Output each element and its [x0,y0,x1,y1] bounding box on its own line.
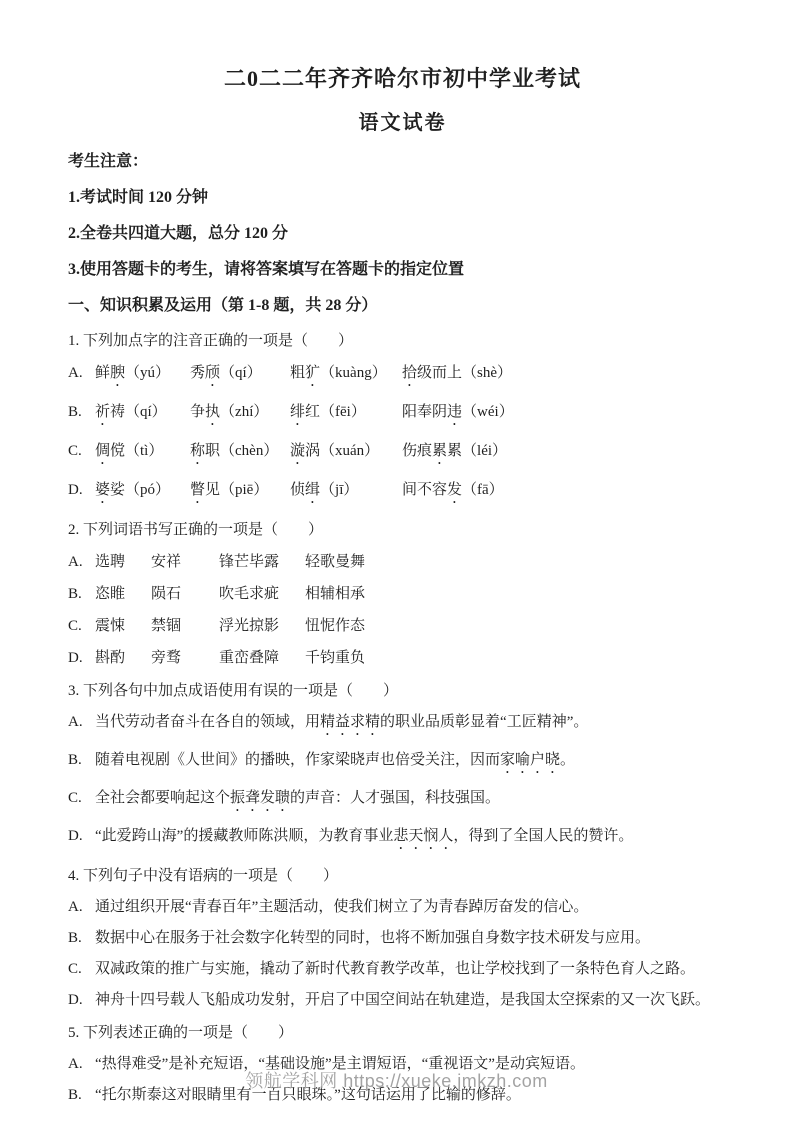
option-cell: 旁骛 [151,649,219,668]
option-label: A. [68,898,95,917]
question-1-option-a: A. 鲜腴（yú） 秀颀（qí） 粗犷（kuàng） 拾级而上（shè） [68,364,737,390]
option-cell: 倜傥（tì） [95,442,190,468]
question-2-option-c: C. 震悚 禁锢 浮光掠影 忸怩作态 [68,617,737,636]
option-cell: 浮光掠影 [219,617,305,636]
option-cell: 间不容发（fā） [402,481,737,507]
option-text: 当代劳动者奋斗在各自的领域，用精益求精的职业品质彰显着“工匠精神”。 [95,713,737,739]
option-cell: 漩涡（xuán） [290,442,402,468]
option-text: 通过组织开展“青春百年”主题活动，使我们树立了为青春踔厉奋发的信心。 [95,898,737,917]
option-label: B. [68,585,95,604]
question-2-option-d: D. 斟酌 旁骛 重峦叠障 千钧重负 [68,649,737,668]
option-cell: 瞥见（piē） [190,481,290,507]
question-3-option-d: D. “此爱跨山海”的援藏教师陈洪顺，为教育事业悲天悯人，得到了全国人民的赞许。 [68,827,737,853]
option-label: C. [68,960,95,979]
notice-line-3: 3.使用答题卡的考生，请将答案填写在答题卡的指定位置 [68,260,737,280]
option-cell: 斟酌 [95,649,151,668]
section-heading: 一、知识积累及运用（第 1-8 题，共 28 分） [68,296,737,316]
option-label: D. [68,649,95,668]
question-2: 2. 下列词语书写正确的一项是（ ） A. 选聘 安祥 锋芒毕露 轻歌曼舞 B.… [68,521,737,668]
option-cell: 粗犷（kuàng） [290,364,402,390]
option-label: D. [68,827,95,846]
question-3-option-a: A. 当代劳动者奋斗在各自的领域，用精益求精的职业品质彰显着“工匠精神”。 [68,713,737,739]
option-cell: 重峦叠障 [219,649,305,668]
question-4: 4. 下列句子中没有语病的一项是（ ） A. 通过组织开展“青春百年”主题活动，… [68,867,737,1010]
question-3: 3. 下列各句中加点成语使用有误的一项是（ ） A. 当代劳动者奋斗在各自的领域… [68,682,737,853]
option-cell: 绯红（fēi） [290,403,402,429]
option-text: 数据中心在服务于社会数字化转型的同时，也将不断加强自身数字技术研发与应用。 [95,929,737,948]
question-4-option-b: B. 数据中心在服务于社会数字化转型的同时，也将不断加强自身数字技术研发与应用。 [68,929,737,948]
option-label: C. [68,442,95,461]
page-title: 二0二二年齐齐哈尔市初中学业考试 [68,0,737,94]
option-text: 全社会都要响起这个振聋发聩的声音：人才强国，科技强国。 [95,789,737,815]
option-label: B. [68,403,95,422]
option-cell: 安祥 [151,553,219,572]
question-5: 5. 下列表述正确的一项是（ ） A. “热得难受”是补充短语，“基础设施”是主… [68,1024,737,1105]
option-text: “此爱跨山海”的援藏教师陈洪顺，为教育事业悲天悯人，得到了全国人民的赞许。 [95,827,737,853]
option-label: D. [68,991,95,1010]
page-content: 二0二二年齐齐哈尔市初中学业考试 语文试卷 考生注意： 1.考试时间 120 分… [0,0,793,1105]
option-label: C. [68,617,95,636]
option-cell: 鲜腴（yú） [95,364,190,390]
option-label: A. [68,364,95,383]
option-cell: 选聘 [95,553,151,572]
question-4-option-a: A. 通过组织开展“青春百年”主题活动，使我们树立了为青春踔厉奋发的信心。 [68,898,737,917]
question-1: 1. 下列加点字的注音正确的一项是（ ） A. 鲜腴（yú） 秀颀（qí） 粗犷… [68,332,737,507]
option-cell: 拾级而上（shè） [402,364,737,390]
question-4-option-c: C. 双减政策的推广与实施，撬动了新时代教育教学改革，也让学校找到了一条特色育人… [68,960,737,979]
option-text: 双减政策的推广与实施，撬动了新时代教育教学改革，也让学校找到了一条特色育人之路。 [95,960,737,979]
option-cell: 轻歌曼舞 [305,553,737,572]
notice-line-2: 2.全卷共四道大题，总分 120 分 [68,224,737,244]
notice-line-1: 1.考试时间 120 分钟 [68,188,737,208]
question-3-stem: 3. 下列各句中加点成语使用有误的一项是（ ） [68,682,737,701]
option-cell: 侦缉（jī） [290,481,402,507]
question-3-option-c: C. 全社会都要响起这个振聋发聩的声音：人才强国，科技强国。 [68,789,737,815]
option-cell: 千钧重负 [305,649,737,668]
option-label: C. [68,789,95,808]
question-1-stem: 1. 下列加点字的注音正确的一项是（ ） [68,332,737,351]
watermark-text: 领航学科网 https://xueke.jmkzh.com [0,1070,793,1092]
question-2-stem: 2. 下列词语书写正确的一项是（ ） [68,521,737,540]
question-2-option-b: B. 恣睢 陨石 吹毛求疵 相辅相承 [68,585,737,604]
option-text: 随着电视剧《人世间》的播映，作家梁晓声也倍受关注，因而家喻户晓。 [95,751,737,777]
question-3-option-b: B. 随着电视剧《人世间》的播映，作家梁晓声也倍受关注，因而家喻户晓。 [68,751,737,777]
notice-heading: 考生注意： [68,152,737,172]
option-cell: 禁锢 [151,617,219,636]
question-4-stem: 4. 下列句子中没有语病的一项是（ ） [68,867,737,886]
option-cell: 伤痕累累（léi） [402,442,737,468]
page-subtitle: 语文试卷 [68,110,737,136]
question-1-option-c: C. 倜傥（tì） 称职（chèn） 漩涡（xuán） 伤痕累累（léi） [68,442,737,468]
option-label: A. [68,713,95,732]
question-1-option-b: B. 祈祷（qí） 争执（zhí） 绯红（fēi） 阳奉阴违（wéi） [68,403,737,429]
question-5-stem: 5. 下列表述正确的一项是（ ） [68,1024,737,1043]
option-cell: 忸怩作态 [305,617,737,636]
option-label: D. [68,481,95,500]
option-cell: 吹毛求疵 [219,585,305,604]
option-text: 神舟十四号载人飞船成功发射，开启了中国空间站在轨建造，是我国太空探索的又一次飞跃… [95,991,737,1010]
exam-paper-page: 二0二二年齐齐哈尔市初中学业考试 语文试卷 考生注意： 1.考试时间 120 分… [0,0,793,1122]
option-cell: 锋芒毕露 [219,553,305,572]
option-cell: 祈祷（qí） [95,403,190,429]
option-cell: 争执（zhí） [190,403,290,429]
question-4-option-d: D. 神舟十四号载人飞船成功发射，开启了中国空间站在轨建造，是我国太空探索的又一… [68,991,737,1010]
option-cell: 相辅相承 [305,585,737,604]
option-label: B. [68,929,95,948]
option-cell: 恣睢 [95,585,151,604]
option-cell: 秀颀（qí） [190,364,290,390]
question-2-option-a: A. 选聘 安祥 锋芒毕露 轻歌曼舞 [68,553,737,572]
option-label: B. [68,751,95,770]
option-cell: 震悚 [95,617,151,636]
question-1-option-d: D. 婆娑（pó） 瞥见（piē） 侦缉（jī） 间不容发（fā） [68,481,737,507]
option-cell: 称职（chèn） [190,442,290,468]
option-cell: 陨石 [151,585,219,604]
option-cell: 阳奉阴违（wéi） [402,403,737,429]
option-cell: 婆娑（pó） [95,481,190,507]
option-label: A. [68,553,95,572]
